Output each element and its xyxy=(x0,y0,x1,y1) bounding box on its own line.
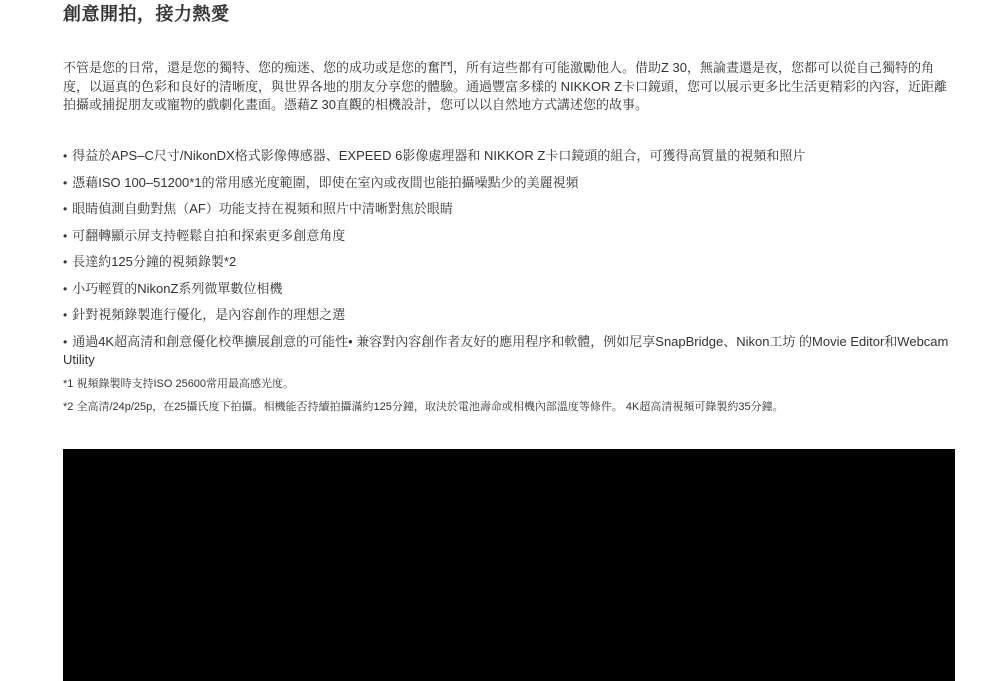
bullet-icon: • xyxy=(63,333,67,352)
bullet-icon: • xyxy=(63,147,67,166)
feature-text: 眼睛偵測自動對焦（AF）功能支持在視頻和照片中清晰對焦於眼睛 xyxy=(72,201,453,216)
bullet-icon: • xyxy=(63,253,67,272)
footnote-1: *1 視頻錄製時支持ISO 25600常用最高感光度。 xyxy=(63,377,956,392)
intro-paragraph: 不管是您的日常，還是您的獨特、您的痴迷、您的成功或是您的奮鬥，所有這些都有可能激… xyxy=(63,59,956,115)
feature-item: •得益於APS–C尺寸/NikonDX格式影像傳感器、EXPEED 6影像處理器… xyxy=(63,147,956,166)
feature-item: •小巧輕質的NikonZ系列微單數位相機 xyxy=(63,280,956,299)
feature-text: 得益於APS–C尺寸/NikonDX格式影像傳感器、EXPEED 6影像處理器和… xyxy=(72,148,805,163)
feature-item: •針對視頻錄製進行優化，是內容創作的理想之選 xyxy=(63,306,956,325)
video-player[interactable] xyxy=(63,449,955,681)
feature-item: •憑藉ISO 100–51200*1的常用感光度範圍，即使在室內或夜間也能拍攝噪… xyxy=(63,174,956,193)
feature-text: 小巧輕質的NikonZ系列微單數位相機 xyxy=(72,281,282,296)
feature-text: 針對視頻錄製進行優化，是內容創作的理想之選 xyxy=(72,307,345,322)
feature-item: •長達約125分鐘的視頻錄製*2 xyxy=(63,253,956,272)
feature-text: 通過4K超高清和創意優化校準擴展創意的可能性• 兼容對內容創作者友好的應用程序和… xyxy=(63,334,948,368)
bullet-icon: • xyxy=(63,174,67,193)
bullet-icon: • xyxy=(63,306,67,325)
feature-text: 長達約125分鐘的視頻錄製*2 xyxy=(72,254,236,269)
feature-item: •可翻轉顯示屏支持輕鬆自拍和探索更多創意角度 xyxy=(63,227,956,246)
feature-text: 憑藉ISO 100–51200*1的常用感光度範圍，即使在室內或夜間也能拍攝噪點… xyxy=(72,175,578,190)
feature-list: •得益於APS–C尺寸/NikonDX格式影像傳感器、EXPEED 6影像處理器… xyxy=(63,147,956,378)
bullet-icon: • xyxy=(63,227,67,246)
bullet-icon: • xyxy=(63,280,67,299)
footnote-2: *2 全高清/24p/25p，在25攝氏度下拍攝。相機能否持續拍攝滿約125分鐘… xyxy=(63,400,956,415)
section-title: 創意開拍，接力熱愛 xyxy=(63,3,230,25)
feature-text: 可翻轉顯示屏支持輕鬆自拍和探索更多創意角度 xyxy=(72,228,345,243)
feature-item: •眼睛偵測自動對焦（AF）功能支持在視頻和照片中清晰對焦於眼睛 xyxy=(63,200,956,219)
feature-item: •通過4K超高清和創意優化校準擴展創意的可能性• 兼容對內容創作者友好的應用程序… xyxy=(63,333,956,370)
bullet-icon: • xyxy=(63,200,67,219)
footnotes: *1 視頻錄製時支持ISO 25600常用最高感光度。 *2 全高清/24p/2… xyxy=(63,377,956,423)
